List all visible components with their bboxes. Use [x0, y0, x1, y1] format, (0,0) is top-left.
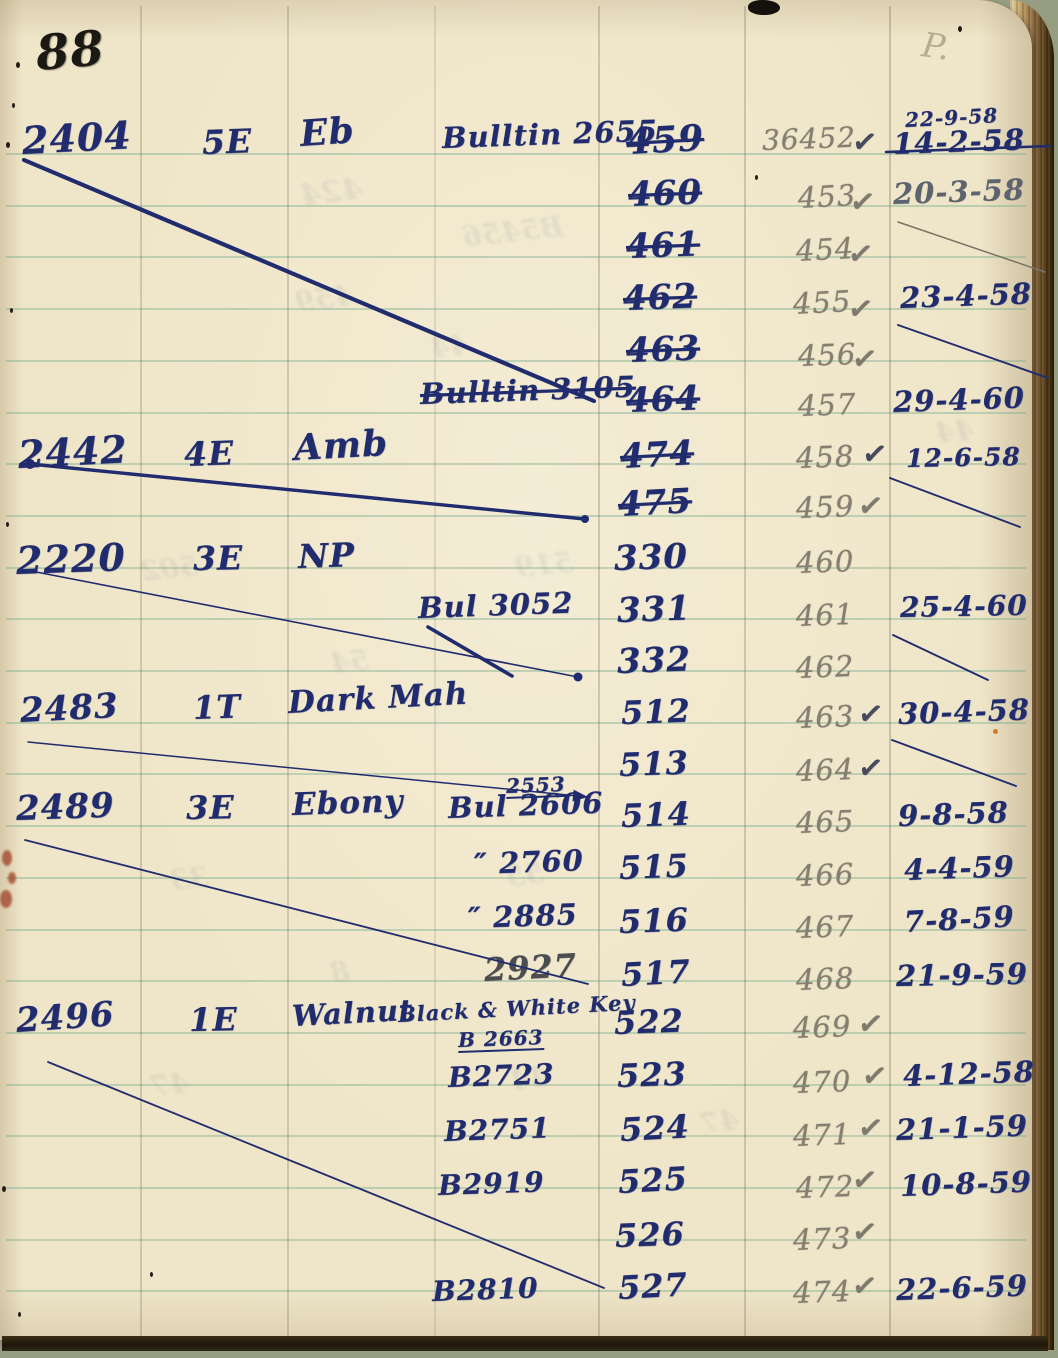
register-entry: 456	[797, 340, 856, 371]
model-entry: 2496	[15, 997, 116, 1038]
finish-entry: Eb	[299, 112, 356, 152]
ink-speck	[2, 1186, 6, 1192]
ink-blot	[748, 0, 780, 15]
date-entry: 29-4-60	[892, 383, 1025, 417]
date-entry: 14-2-58	[892, 125, 1025, 159]
ink-speck	[6, 522, 9, 527]
ruled-line	[6, 670, 1026, 672]
bleed-through-mark: 424	[298, 171, 364, 213]
strike-line	[26, 570, 578, 677]
check-mark-icon: ✓	[856, 1008, 885, 1041]
date-entry: 9-8-58	[897, 798, 1009, 831]
register-entry: 471	[792, 1120, 851, 1151]
bleed-through-mark: 47	[698, 1103, 740, 1140]
bleed-through-mark: B5456	[461, 210, 566, 253]
strike-line	[30, 464, 585, 519]
serial-entry: 330	[613, 539, 688, 576]
model-entry: 2404	[21, 116, 133, 160]
red-stain	[8, 872, 16, 884]
ink-speck	[10, 308, 13, 313]
ink-speck	[18, 1312, 21, 1317]
ruled-line	[6, 825, 1026, 827]
check-mark-icon: ✓	[848, 186, 877, 219]
serial-entry: 462	[622, 279, 697, 316]
register-entry: 457	[797, 390, 856, 421]
line-end-dot	[574, 673, 583, 682]
bulletin-entry: Bulltin 3105	[419, 372, 636, 409]
date-entry: 20-3-58	[892, 175, 1025, 209]
bleed-through-mark: 519	[513, 545, 575, 584]
serial-entry: 332	[616, 642, 691, 679]
ink-speck	[16, 62, 20, 68]
register-entry: 468	[795, 964, 854, 995]
ink-speck	[150, 1272, 153, 1277]
date-entry: 23-4-58	[899, 279, 1032, 313]
register-entry: 459	[795, 492, 854, 523]
serial-entry: 461	[625, 227, 700, 264]
column-line	[287, 6, 289, 1336]
register-entry: 461	[795, 600, 854, 631]
register-entry: 470	[792, 1067, 851, 1098]
date-entry: 4-4-59	[903, 852, 1015, 885]
register-entry: 473	[792, 1224, 851, 1255]
serial-entry: 526	[614, 1218, 685, 1252]
column-line	[744, 6, 746, 1336]
check-mark-icon: ✓	[850, 343, 879, 376]
register-entry: 467	[795, 912, 854, 943]
date-entry: 21-9-59	[896, 960, 1028, 991]
type-entry: 1E	[189, 1003, 238, 1036]
register-entry: 469	[792, 1012, 851, 1043]
serial-entry: 516	[618, 904, 689, 938]
strike-line	[890, 478, 1020, 527]
check-mark-icon: ✓	[856, 752, 885, 785]
register-entry: 462	[795, 652, 854, 683]
strike-line	[428, 627, 512, 676]
bleed-through-mark: 44	[508, 1060, 550, 1097]
finish-entry: NP	[297, 538, 355, 573]
corner-pencil-mark: P.	[920, 28, 953, 66]
type-entry: 1T	[192, 690, 241, 724]
check-mark-icon: ✓	[860, 438, 889, 471]
bulletin-entry: ″ 2885	[467, 900, 578, 933]
strike-line	[898, 222, 1045, 272]
serial-entry: 459	[625, 120, 705, 160]
check-mark-icon: ✓	[856, 490, 885, 523]
strike-line	[893, 635, 988, 680]
serial-entry: 524	[619, 1110, 690, 1146]
serial-entry: 331	[616, 591, 691, 628]
check-mark-icon: ✓	[846, 293, 875, 326]
bleed-through-mark: 54	[328, 643, 370, 680]
strike-line	[898, 325, 1048, 378]
register-entry: 466	[795, 860, 854, 891]
bleed-through-mark: 47	[148, 1066, 190, 1103]
check-mark-icon: ✓	[850, 126, 879, 159]
register-entry: 465	[795, 807, 854, 838]
serial-entry: 460	[627, 175, 702, 212]
finish-entry: Ebony	[291, 786, 404, 821]
date-entry: 12-6-58	[906, 444, 1021, 471]
column-line	[598, 6, 600, 1336]
register-entry: 472	[795, 1172, 854, 1203]
ink-speck	[958, 26, 962, 32]
check-mark-icon: ✓	[850, 1270, 879, 1303]
bleed-through-mark: 459	[293, 279, 355, 319]
strike-line	[892, 740, 1016, 786]
check-mark-icon: ✓	[850, 1216, 879, 1249]
column-line	[889, 6, 891, 1336]
model-entry: 2489	[15, 789, 115, 826]
serial-entry: 523	[616, 1058, 687, 1092]
date-entry: 10-8-59	[899, 1167, 1032, 1201]
scanner-background: { "document": { "page_number": "88", "co…	[0, 0, 1058, 1358]
bulletin-entry: 2927	[483, 949, 578, 986]
date-entry: 21-1-59	[895, 1111, 1028, 1145]
bulletin-entry: Bul 3052	[417, 589, 573, 623]
register-entry: 474	[792, 1277, 851, 1308]
ruled-line	[6, 412, 1026, 414]
check-mark-icon: ✓	[856, 1112, 885, 1145]
serial-entry: 525	[617, 1162, 688, 1198]
date-entry: 25-4-60	[900, 592, 1028, 622]
bulletin-entry: B2919	[438, 1168, 546, 1200]
bulletin-entry: B 2663	[458, 1027, 544, 1053]
bulletin-entry: B2810	[432, 1274, 540, 1306]
page-number: 88	[34, 24, 107, 78]
register-entry: 36452	[762, 124, 857, 155]
check-mark-icon: ✓	[860, 1060, 889, 1093]
finish-entry: Walnut	[291, 996, 414, 1031]
check-mark-icon: ✓	[850, 1164, 879, 1197]
bleed-through-mark: 55	[503, 856, 545, 893]
register-entry: 455	[792, 287, 852, 319]
ink-speck	[12, 103, 15, 108]
bulletin-entry: B2751	[444, 1114, 552, 1146]
bleed-through-mark: 33	[168, 860, 210, 897]
date-entry: 22-6-59	[895, 1271, 1028, 1305]
model-entry: 2483	[19, 689, 119, 728]
register-entry: 458	[795, 442, 854, 473]
type-entry: 5E	[201, 124, 252, 159]
serial-entry: 517	[620, 955, 691, 991]
serial-entry: 475	[617, 484, 693, 522]
serial-entry: 513	[618, 747, 689, 781]
serial-entry: 514	[620, 798, 691, 832]
finish-entry: Dark Mah	[287, 679, 469, 719]
column-line	[140, 6, 142, 1336]
bleed-through-mark: 44	[933, 413, 975, 450]
ledger-page: 2404244222202483248924965E4E3E1T3E1EEbAm…	[0, 0, 1032, 1340]
date-entry: 30-4-58	[897, 695, 1030, 729]
bulletin-entry: Bul 2606	[447, 789, 603, 823]
register-entry: 464	[795, 755, 854, 786]
finish-entry: Amb	[293, 425, 389, 466]
column-line	[434, 6, 436, 1336]
date-entry: 7-8-59	[903, 902, 1015, 937]
type-entry: 3E	[193, 541, 244, 575]
register-entry: 463	[795, 702, 854, 733]
red-stain	[2, 850, 12, 866]
serial-entry: 474	[619, 436, 695, 474]
serial-entry: 527	[617, 1268, 688, 1304]
serial-entry: 522	[613, 1005, 684, 1039]
serial-entry: 512	[620, 695, 691, 729]
register-entry: 460	[795, 547, 854, 578]
bleed-through-mark: 44	[428, 328, 470, 365]
scan-stage: 2404244222202483248924965E4E3E1T3E1EEbAm…	[0, 0, 1058, 1358]
type-entry: 3E	[186, 791, 235, 824]
red-stain	[0, 890, 12, 908]
type-entry: 4E	[183, 436, 234, 471]
bleed-through-mark: 502	[138, 549, 200, 588]
bleed-through-mark: 8	[328, 954, 351, 989]
orange-speck	[993, 729, 998, 734]
model-entry: 2442	[17, 430, 129, 474]
ink-speck	[755, 175, 758, 180]
check-mark-icon: ✓	[846, 238, 875, 271]
serial-entry: 515	[618, 850, 689, 884]
page-bottom-shadow	[2, 1336, 1048, 1351]
check-mark-icon: ✓	[856, 698, 885, 731]
serial-entry: 463	[625, 331, 700, 368]
ink-speck	[6, 142, 10, 148]
date-entry: 4-12-58	[902, 1057, 1035, 1091]
model-entry: 2220	[15, 538, 126, 580]
serial-entry: 464	[625, 381, 700, 418]
